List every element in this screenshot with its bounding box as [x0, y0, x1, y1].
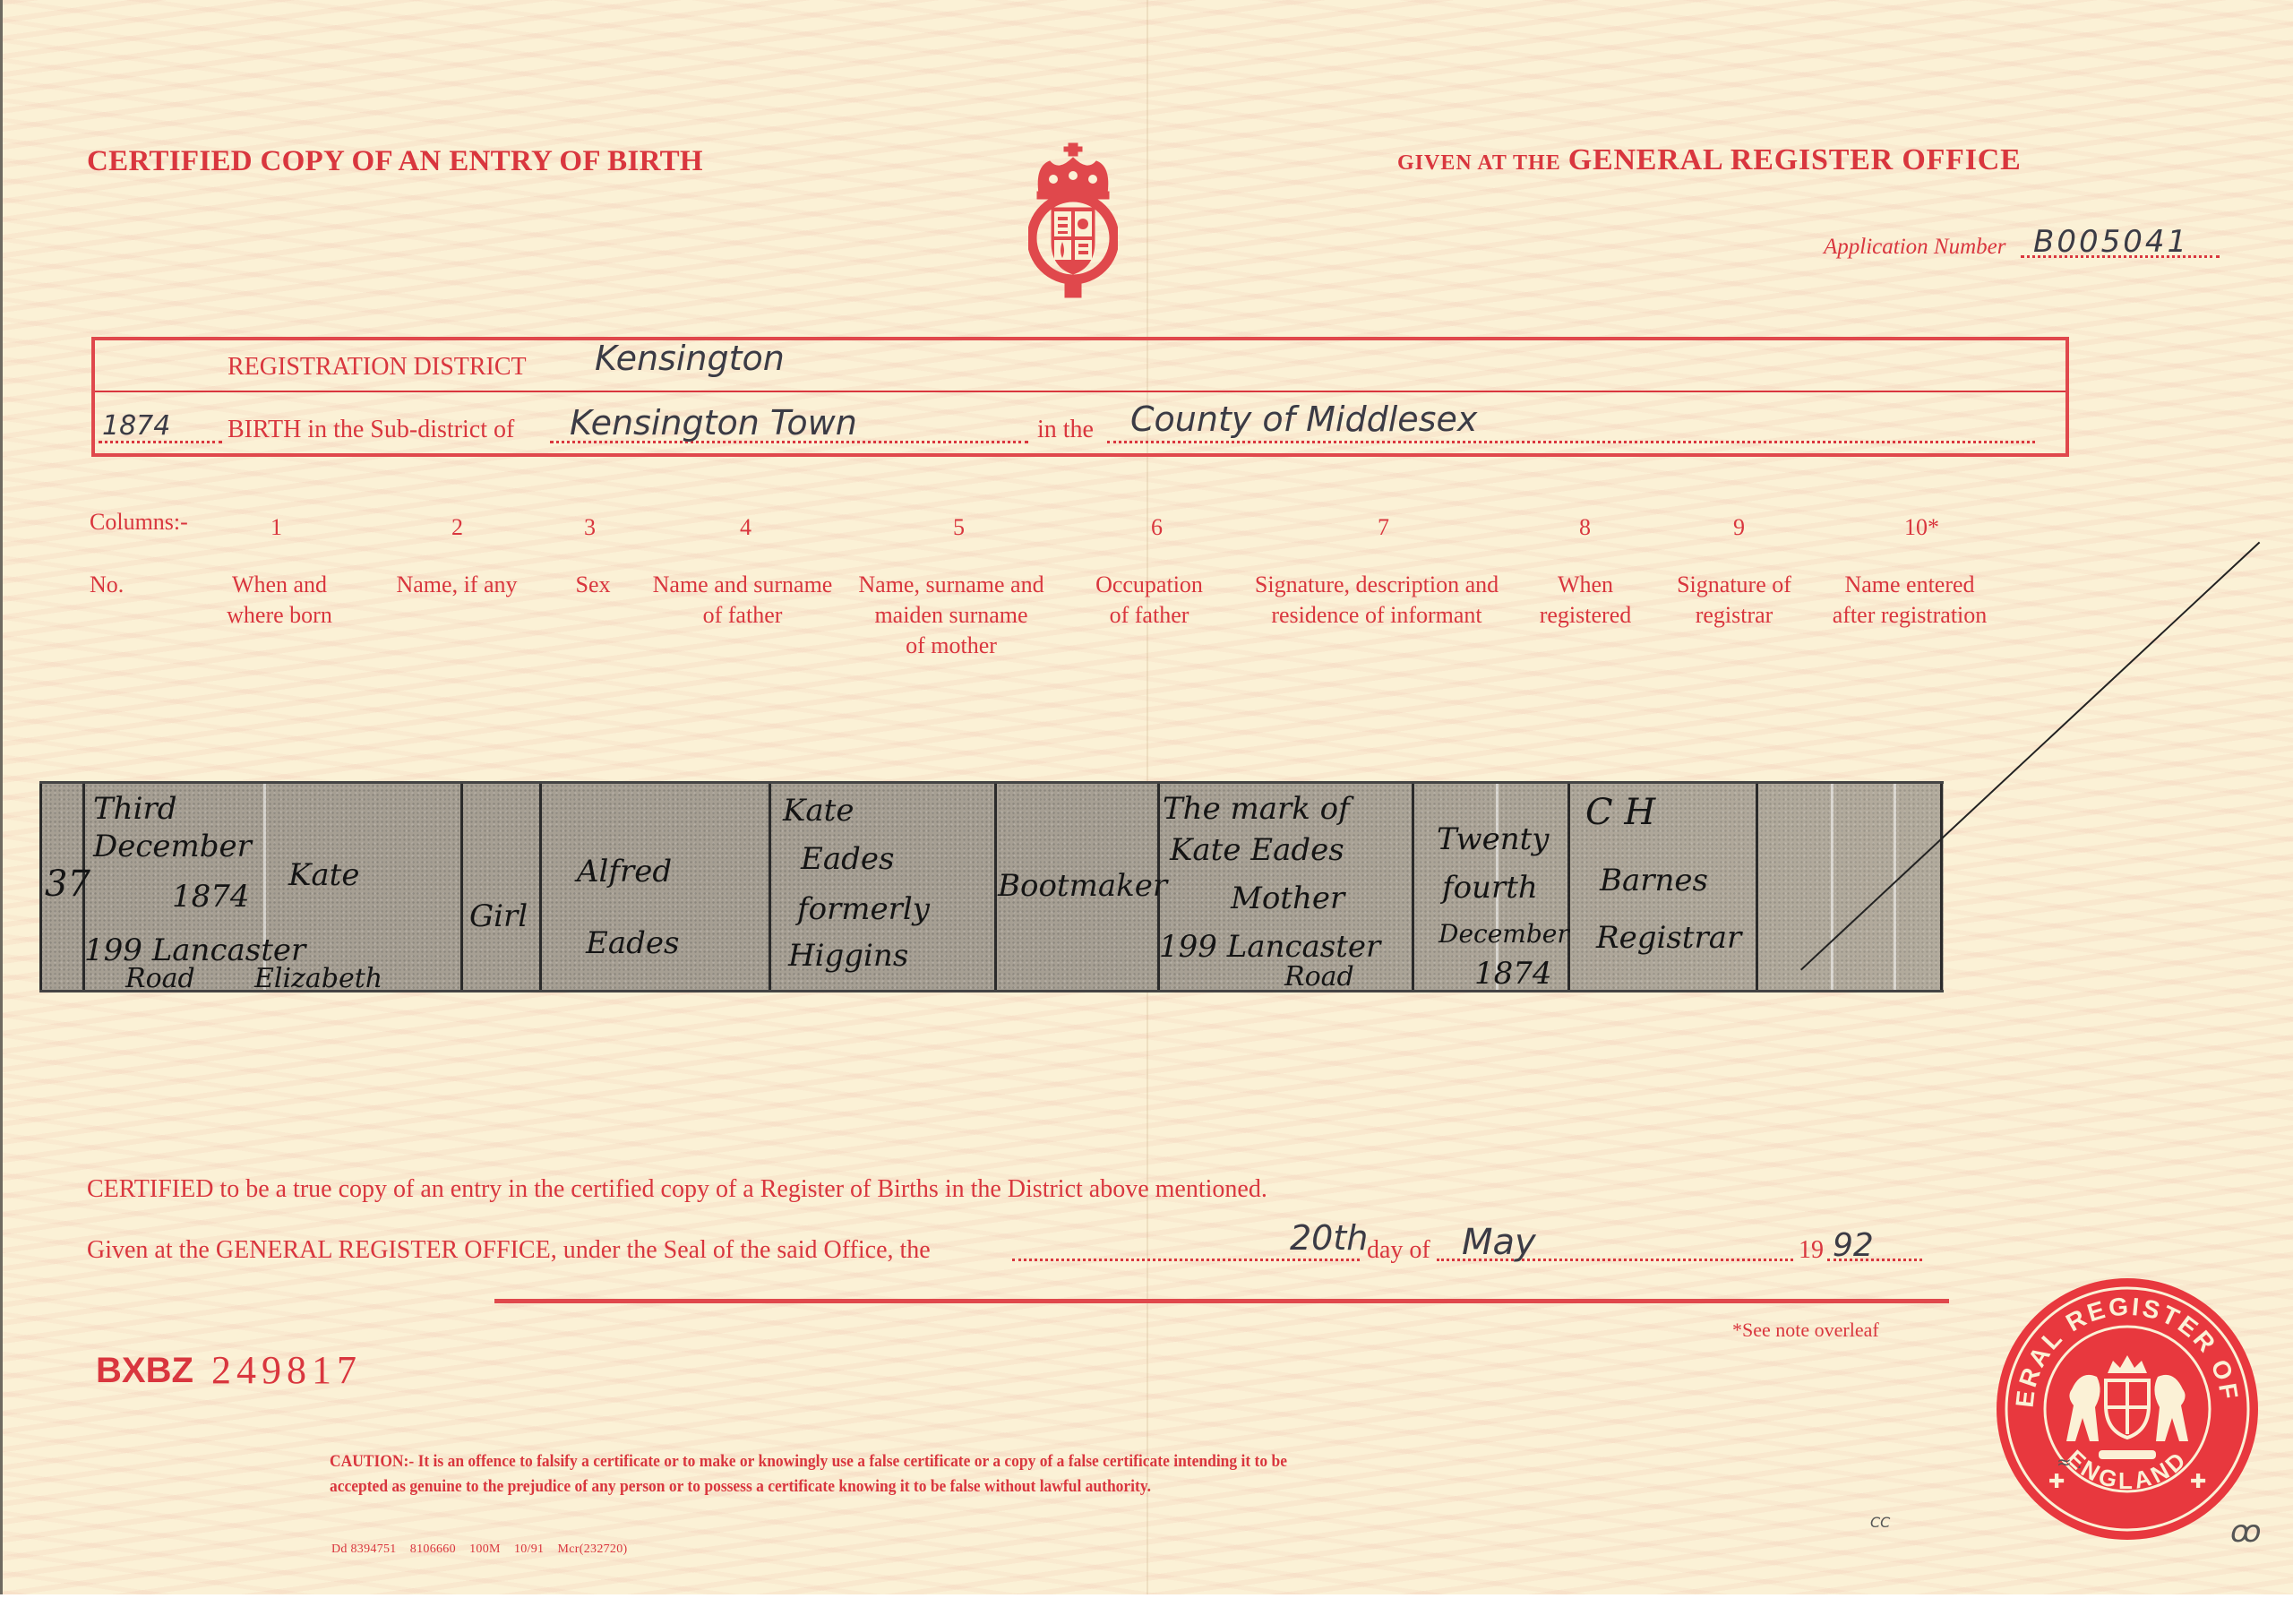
entry-mother-formerly: formerly [797, 889, 930, 929]
entry-father-first-name: Alfred [577, 852, 672, 891]
caution-line-1: CAUTION:- It is an offence to falsify a … [330, 1449, 1287, 1474]
entry-birth-month: December [93, 827, 252, 866]
column-number-7: 7 [1378, 514, 1389, 541]
entry-registered-day-ordinal: fourth [1442, 868, 1538, 907]
pencil-initials: CC [1870, 1514, 1890, 1531]
column-header-no: No. [90, 570, 129, 600]
certificate-paper: CERTIFIED COPY OF AN ENTRY OF BIRTH GIVE… [0, 0, 2293, 1594]
royal-coat-of-arms-icon [1028, 142, 1118, 303]
entry-birth-year: 1874 [172, 877, 250, 916]
column-header-informant: Signature, description and residence of … [1238, 570, 1516, 631]
registration-district-label: REGISTRATION DISTRICT [228, 353, 527, 382]
entry-occupation: Bootmaker [998, 866, 1167, 906]
print-code: Dd 8394751 8106660 100M 10/91 Mcr(232720… [331, 1542, 628, 1557]
column-number-8: 8 [1579, 514, 1591, 541]
entry-informant-mark: The mark of [1163, 789, 1350, 829]
entry-birth-road: Road [125, 959, 195, 999]
entry-number: 37 [45, 864, 90, 904]
column-header-occupation: Occupation of father [1082, 570, 1216, 631]
certificate-title: CERTIFIED COPY OF AN ENTRY OF BIRTH [87, 145, 703, 178]
application-number-value: B005041 [2033, 224, 2189, 260]
issue-century: 19 [1799, 1236, 1824, 1265]
issue-month-value: May [1462, 1222, 1536, 1263]
entry-birth-day: Third [93, 789, 176, 829]
see-note-overleaf: *See note overleaf [1732, 1319, 1879, 1342]
column-header-when-registered: When registered [1523, 570, 1648, 631]
entry-child-middle-name: Elizabeth [254, 959, 382, 999]
column-number-1: 1 [271, 514, 282, 541]
column-header-when-where: When and where born [208, 570, 351, 631]
column-header-sex: Sex [568, 570, 618, 600]
issue-day-value: 20th [1290, 1218, 1368, 1258]
given-at-prefix: GIVEN AT THE [1397, 151, 1561, 175]
column-header-name-after: Name entered after registration [1822, 570, 1997, 631]
subdistrict-label: BIRTH in the Sub-district of [228, 416, 514, 444]
subdistrict-value: Kensington Town [570, 403, 857, 443]
column-header-father: Name and surname of father [638, 570, 847, 631]
column-number-4: 4 [740, 514, 751, 541]
given-at-heading: GIVEN AT THE GENERAL REGISTER OFFICE [1397, 143, 2022, 177]
entry-child-first-name: Kate [288, 855, 359, 895]
entry-informant-relation: Mother [1231, 879, 1344, 918]
pencil-scribble: ꝏ [2230, 1514, 2262, 1550]
registration-divider [95, 391, 2065, 392]
registration-box: REGISTRATION DISTRICT Kensington 1874 BI… [91, 337, 2069, 457]
column-number-6: 6 [1151, 514, 1163, 541]
svg-text:✚: ✚ [2190, 1471, 2206, 1493]
county-dotline [1107, 441, 2035, 443]
birth-year-value: 1874 [102, 410, 170, 442]
caution-line-2: accepted as genuine to the prejudice of … [330, 1474, 1287, 1499]
column-header-mother: Name, surname and maiden surname of moth… [847, 570, 1055, 661]
issue-year-value: 92 [1833, 1227, 1874, 1264]
registration-district-value: Kensington [595, 339, 785, 378]
county-value: County of Middlesex [1130, 400, 1477, 439]
columns-label: Columns:- [90, 509, 188, 536]
entry-informant-road: Road [1284, 958, 1354, 997]
serial-prefix: BXBZ [96, 1351, 193, 1391]
register-entry-row: 37 Third December 1874 199 Lancaster Roa… [39, 781, 1944, 992]
given-at-statement: Given at the GENERAL REGISTER OFFICE, un… [87, 1236, 931, 1265]
column-number-10: 10* [1904, 514, 1939, 541]
county-label: in the [1037, 416, 1094, 444]
entry-sex: Girl [469, 897, 528, 936]
entry-mother-first-name: Kate [783, 791, 854, 830]
day-of-label: day of [1367, 1236, 1430, 1265]
entry-father-surname: Eades [586, 924, 679, 963]
entry-mother-surname: Eades [801, 839, 894, 879]
certification-statement: CERTIFIED to be a true copy of an entry … [87, 1175, 1267, 1204]
pencil-mark: ≈ . [2057, 1451, 2083, 1473]
column-number-3: 3 [584, 514, 596, 541]
separator-bar [494, 1299, 1949, 1303]
column-number-2: 2 [451, 514, 463, 541]
entry-registered-year: 1874 [1474, 954, 1552, 993]
entry-registrar-surname: Barnes [1600, 861, 1708, 900]
entry-registrar-initials: C H [1585, 793, 1655, 832]
application-number-label: Application Number [1824, 235, 2005, 260]
serial-number: 249817 [211, 1347, 362, 1393]
column-header-name: Name, if any [376, 570, 537, 600]
column-header-registrar: Signature of registrar [1671, 570, 1797, 631]
caution-notice: CAUTION:- It is an offence to falsify a … [330, 1449, 1287, 1499]
royal-arms-seal-icon: GENERAL REGISTER OFFICE ENGLAND ✚ ✚ [1993, 1275, 2262, 1543]
column-number-5: 5 [953, 514, 965, 541]
entry-registered-month: December [1438, 915, 1569, 954]
svg-text:✚: ✚ [2048, 1471, 2065, 1493]
entry-registrar-title: Registrar [1596, 918, 1741, 958]
entry-informant-name: Kate Eades [1170, 830, 1344, 870]
entry-registered-day: Twenty [1437, 820, 1549, 859]
day-dotline [1012, 1259, 1360, 1261]
entry-mother-maiden-name: Higgins [788, 936, 908, 975]
column-number-9: 9 [1733, 514, 1745, 541]
general-register-office-heading: GENERAL REGISTER OFFICE [1568, 143, 2022, 176]
